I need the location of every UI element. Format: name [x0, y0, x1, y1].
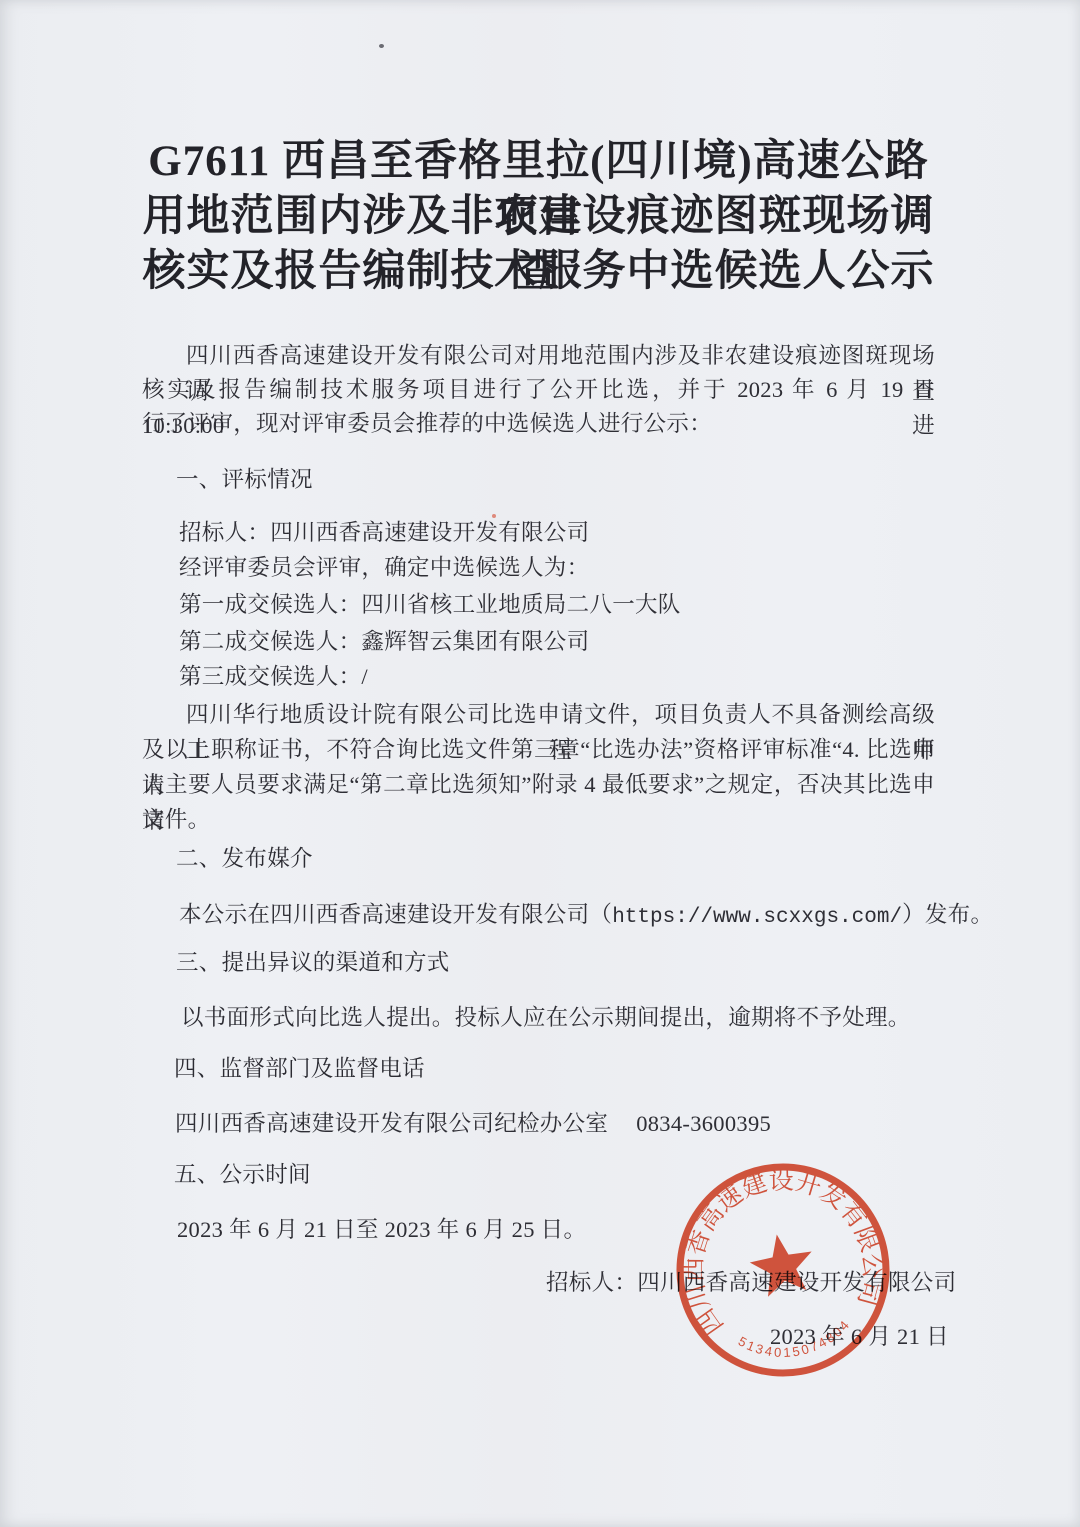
supervision-phone: 0834-3600395: [636, 1111, 771, 1136]
scanned-notice-page: G7611 西昌至香格里拉(四川境)高速公路项目 用地范围内涉及非农建设痕迹图斑…: [0, 0, 1080, 1527]
objection-method-line: 以书面形式向比选人提出。投标人应在公示期间提出，逾期将不予处理。: [181, 1000, 911, 1036]
publisher-url: https://www.scxxgs.com/: [612, 906, 902, 929]
notice-title-line-3: 核实及报告编制技术服务中选候选人公示: [142, 244, 935, 300]
notice-title-line-2: 用地范围内涉及非农建设痕迹图斑现场调查: [142, 189, 935, 245]
company-seal-stamp: 四川西香高速建设开发有限公司 5134015074804: [665, 1152, 901, 1388]
tenderer-line: 招标人：四川西香高速建设开发有限公司: [179, 515, 589, 551]
candidate-2-line: 第二成交候选人：鑫辉智云集团有限公司: [179, 624, 589, 660]
intro-paragraph-line: 四川西香高速建设开发有限公司对用地范围内涉及非农建设痕迹图斑现场调查: [186, 338, 935, 374]
candidate-1-line: 第一成交候选人：四川省核工业地质局二八一大队: [179, 587, 681, 623]
supervision-office: 四川西香高速建设开发有限公司纪检办公室: [175, 1111, 608, 1136]
intro-paragraph-line: 核实及报告编制技术服务项目进行了公开比选，并于 2023 年 6 月 19 日 …: [142, 372, 935, 408]
seal-registration-code: 5134015074804: [734, 1314, 858, 1369]
seal-star-icon: [746, 1229, 818, 1299]
rejection-paragraph-line: 及以上职称证书，不符合询比选文件第三章“比选办法”资格评审标准“4. 比选申请: [142, 732, 935, 768]
section-heading-objection: 三、提出异议的渠道和方式: [176, 945, 450, 981]
section-heading-evaluation: 一、评标情况: [176, 462, 313, 498]
section-heading-publicity-period: 五、公示时间: [174, 1157, 311, 1193]
publish-media-prefix: 本公示在四川西香高速建设开发有限公司（: [179, 902, 612, 927]
candidate-3-line: 第三成交候选人：/: [179, 659, 368, 695]
publish-media-suffix: ）发布。: [902, 902, 993, 927]
intro-paragraph-line: 行了评审，现对评审委员会推荐的中选候选人进行公示：: [142, 406, 712, 442]
supervision-contact-line: 四川西香高速建设开发有限公司纪检办公室0834-3600395: [175, 1106, 771, 1142]
rejection-paragraph-line: 文件。: [142, 802, 210, 838]
section-heading-media: 二、发布媒介: [176, 841, 313, 877]
publish-media-line: 本公示在四川西香高速建设开发有限公司（https://www.scxxgs.co…: [179, 897, 993, 933]
review-result-line: 经评审委员会评审，确定中选候选人为：: [179, 550, 589, 586]
svg-text:5134015074804: 5134015074804: [734, 1314, 858, 1369]
rejection-paragraph-line: 四川华行地质设计院有限公司比选申请文件，项目负责人不具备测绘高级工程师: [186, 697, 935, 733]
publicity-period-line: 2023 年 6 月 21 日至 2023 年 6 月 25 日。: [177, 1212, 586, 1248]
rejection-paragraph-line: 人主要人员要求满足“第二章比选须知”附录 4 最低要求”之规定，否决其比选申请: [142, 767, 935, 803]
section-heading-supervision: 四、监督部门及监督电话: [174, 1051, 425, 1087]
scan-speck: [379, 44, 384, 48]
notice-title-line-1: G7611 西昌至香格里拉(四川境)高速公路项目: [142, 134, 935, 190]
